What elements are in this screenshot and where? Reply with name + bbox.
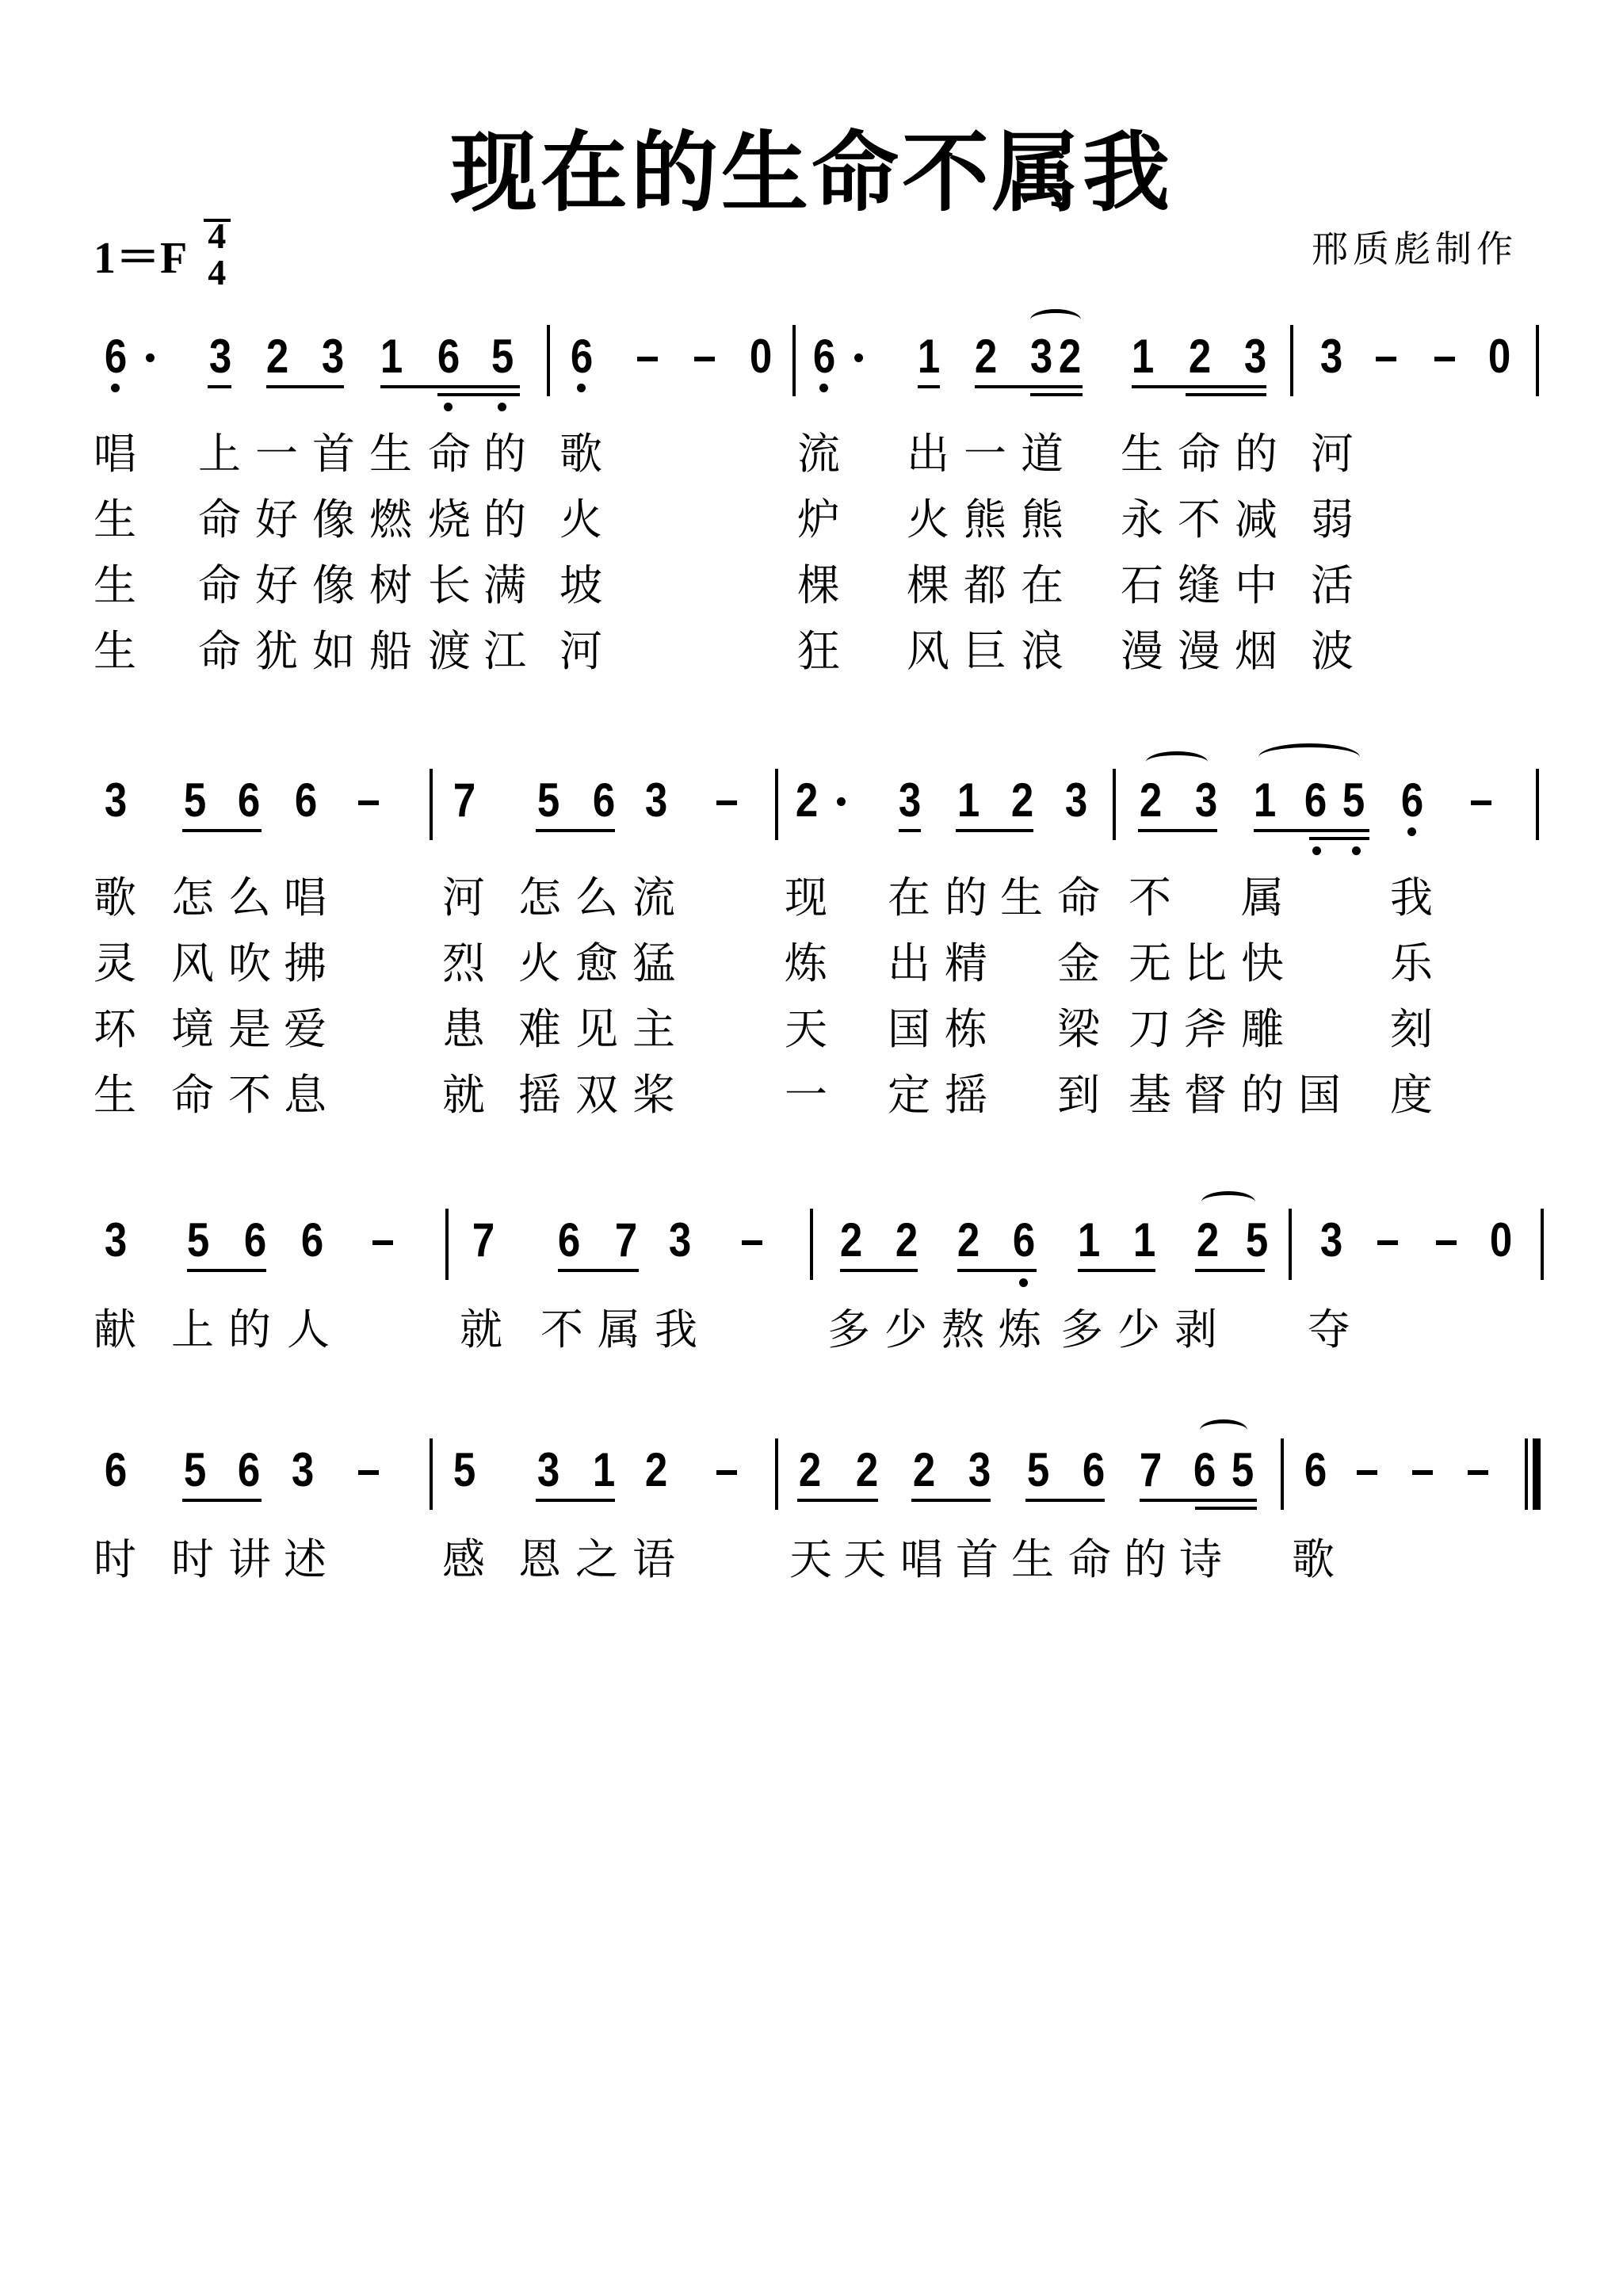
extension-dash <box>1436 1240 1457 1245</box>
note: 2 <box>955 1217 982 1264</box>
low-octave-dot <box>1407 827 1416 836</box>
system-4: 6 5 6 3 5 3 1 2 2 2 2 3 5 6 7 6 5 6 时时讲述… <box>0 1446 1623 1589</box>
underline <box>187 1269 266 1272</box>
augmentation-dot <box>837 797 846 806</box>
note: 6 <box>556 1217 582 1264</box>
note: 2 <box>1137 777 1164 824</box>
note: 6 <box>1302 1446 1329 1494</box>
note: 3 <box>102 777 129 824</box>
underline <box>797 1499 878 1502</box>
note: 0 <box>747 333 774 380</box>
note: 2 <box>972 333 999 380</box>
extension-dash <box>1376 357 1396 361</box>
underline <box>956 829 1033 832</box>
barline <box>1289 1209 1292 1280</box>
note: 6 <box>102 333 129 380</box>
underline <box>437 393 520 396</box>
barline <box>430 1438 433 1510</box>
note: 5 <box>181 777 208 824</box>
note: 1 <box>378 333 405 380</box>
underline <box>182 1499 262 1502</box>
note: 2 <box>854 1446 880 1494</box>
note: 5 <box>1243 1217 1270 1264</box>
lyric-verse-2: 生命好像燃烧的火炉火熊熊永不减弱 <box>0 486 1623 541</box>
note: 0 <box>1487 1217 1514 1264</box>
underline <box>957 1269 1037 1272</box>
extension-dash <box>1377 1240 1398 1245</box>
song-title: 现在的生命不属我 <box>0 103 1623 228</box>
note: 3 <box>1242 333 1269 380</box>
underline <box>1078 1269 1155 1272</box>
note: 3 <box>1318 1217 1345 1264</box>
barline <box>1541 1209 1544 1280</box>
note: 6 <box>102 1446 129 1494</box>
key-signature: 1＝F <box>94 223 187 286</box>
underline <box>266 385 344 388</box>
extension-dash <box>1357 1470 1377 1475</box>
barline <box>1536 769 1539 840</box>
lyric-verse-1: 歌怎么唱河怎么流现在的生命不属我 <box>0 864 1623 919</box>
note: 0 <box>1486 333 1513 380</box>
note: 1 <box>1131 1217 1158 1264</box>
augmentation-dot <box>854 353 863 362</box>
note: 6 <box>242 1217 269 1264</box>
barline <box>445 1209 449 1280</box>
extension-dash <box>372 1240 393 1245</box>
note: 7 <box>1137 1446 1164 1494</box>
note: 7 <box>613 1217 640 1264</box>
note: 5 <box>535 777 562 824</box>
underline <box>1195 1269 1265 1272</box>
note: 3 <box>1318 333 1345 380</box>
lyric-verse-3: 生命好像树长满坡棵棵都在石缝中活 <box>0 552 1623 607</box>
extension-dash <box>1471 800 1491 805</box>
note: 2 <box>1056 333 1083 380</box>
underline <box>918 385 940 388</box>
note: 7 <box>451 777 478 824</box>
note: 1 <box>1075 1217 1102 1264</box>
underline <box>840 1269 918 1272</box>
underline <box>536 1499 615 1502</box>
barline <box>792 325 796 396</box>
underline <box>1186 393 1266 396</box>
low-octave-dot <box>1352 846 1361 855</box>
underline <box>536 829 615 832</box>
lyric-verse-1: 唱上一首生命的歌流出一道生命的河 <box>0 420 1623 476</box>
note: 2 <box>893 1217 920 1264</box>
note: 5 <box>1229 1446 1256 1494</box>
note: 3 <box>1193 777 1220 824</box>
note: 1 <box>1129 333 1156 380</box>
underline <box>911 1499 991 1502</box>
underline <box>899 829 921 832</box>
extension-dash <box>716 1470 737 1475</box>
note: 3 <box>319 333 346 380</box>
system-1: 6 3 2 3 1 6 5 6 0 6 1 2 3 2 1 2 3 3 0 唱上… <box>0 333 1623 666</box>
underline <box>1030 393 1083 396</box>
note: 3 <box>643 777 670 824</box>
note: 5 <box>185 1217 212 1264</box>
note: 6 <box>299 1217 326 1264</box>
extension-dash <box>742 1240 762 1245</box>
low-octave-dot <box>577 384 586 392</box>
underline <box>380 385 520 388</box>
underline <box>1309 837 1369 840</box>
note: 6 <box>235 777 262 824</box>
note: 7 <box>470 1217 497 1264</box>
note: 1 <box>1251 777 1278 824</box>
underline <box>558 1269 639 1272</box>
extension-dash <box>1468 1470 1488 1475</box>
time-numerator: 4 <box>208 218 226 254</box>
note: 6 <box>1080 1446 1107 1494</box>
note: 6 <box>292 777 319 824</box>
lyric-verse-4: 生命不息就摇双桨一定摇到基督的国度 <box>0 1061 1623 1117</box>
note: 2 <box>1186 333 1213 380</box>
barline <box>1290 325 1293 396</box>
low-octave-dot <box>498 403 506 411</box>
note: 2 <box>643 1446 670 1494</box>
low-octave-dot <box>819 384 828 392</box>
note: 5 <box>1340 777 1367 824</box>
low-octave-dot <box>111 384 120 392</box>
slur <box>1200 1419 1247 1441</box>
note: 3 <box>207 333 234 380</box>
note: 2 <box>796 1446 823 1494</box>
final-barline-thin <box>1525 1438 1528 1510</box>
lyric-verse-4: 生命犹如船渡江河狂风巨浪漫漫烟波 <box>0 617 1623 673</box>
system-3: 3 5 6 6 7 6 7 3 2 2 2 6 1 1 2 5 3 0 献上的人… <box>0 1217 1623 1359</box>
note: 6 <box>1010 1217 1037 1264</box>
underline <box>1195 1507 1257 1510</box>
system-2: 3 5 6 6 7 5 6 3 2 3 1 2 3 2 3 1 6 5 6 歌怎… <box>0 777 1623 1110</box>
note: 3 <box>102 1217 129 1264</box>
extension-dash <box>358 1470 379 1475</box>
extension-dash <box>358 800 379 805</box>
key-time-signature: 1＝F 4 4 <box>94 218 226 291</box>
extension-dash <box>1412 1470 1433 1475</box>
time-signature: 4 4 <box>208 218 226 291</box>
extension-dash <box>716 800 737 805</box>
note: 5 <box>489 333 516 380</box>
lyric-verse-2: 灵风吹拂烈火愈猛炼出精金无比快乐 <box>0 930 1623 985</box>
barline <box>1536 325 1539 396</box>
slur <box>1258 743 1360 771</box>
barline <box>547 325 550 396</box>
underline <box>1025 1499 1105 1502</box>
note: 6 <box>1302 777 1329 824</box>
note: 2 <box>911 1446 938 1494</box>
lyric-line: 献上的人就不属我多少熬炼多少剥夺 <box>0 1296 1623 1351</box>
note: 5 <box>451 1446 478 1494</box>
barline <box>430 769 433 840</box>
note: 1 <box>590 1446 617 1494</box>
augmentation-dot <box>146 353 155 362</box>
note: 5 <box>1025 1446 1052 1494</box>
note: 3 <box>1063 777 1090 824</box>
note: 6 <box>568 333 595 380</box>
lyric-line: 时时讲述感恩之语天天唱首生命的诗歌 <box>0 1526 1623 1581</box>
note: 2 <box>793 777 820 824</box>
slur <box>1146 751 1208 773</box>
note: 3 <box>535 1446 562 1494</box>
note: 6 <box>590 777 617 824</box>
note: 6 <box>1191 1446 1218 1494</box>
note: 2 <box>264 333 291 380</box>
note: 2 <box>1009 777 1036 824</box>
underline <box>182 829 262 832</box>
underline <box>975 385 1083 388</box>
extension-dash <box>694 357 715 361</box>
time-denominator: 4 <box>208 254 226 291</box>
note: 3 <box>966 1446 993 1494</box>
barline <box>775 1438 778 1510</box>
barline <box>1113 769 1116 840</box>
barline <box>1281 1438 1284 1510</box>
slur <box>1201 1191 1255 1213</box>
note: 3 <box>896 777 923 824</box>
underline <box>1132 385 1266 388</box>
extension-dash <box>1434 357 1455 361</box>
note: 3 <box>1028 333 1055 380</box>
note: 6 <box>1399 777 1426 824</box>
final-barline-thick <box>1533 1438 1541 1510</box>
barline <box>810 1209 813 1280</box>
underline <box>1140 1499 1257 1502</box>
note: 6 <box>435 333 462 380</box>
note: 1 <box>955 777 982 824</box>
low-octave-dot <box>1312 846 1321 855</box>
underline <box>1254 829 1369 832</box>
note: 5 <box>181 1446 208 1494</box>
low-octave-dot <box>444 403 453 411</box>
underline <box>1138 829 1217 832</box>
low-octave-dot <box>1019 1278 1028 1287</box>
slur <box>1030 309 1081 330</box>
author-credit: 邢质彪制作 <box>1312 220 1518 273</box>
extension-dash <box>637 357 658 361</box>
note: 3 <box>666 1217 693 1264</box>
note: 6 <box>235 1446 262 1494</box>
underline <box>208 385 231 388</box>
note: 2 <box>1194 1217 1221 1264</box>
note: 2 <box>838 1217 865 1264</box>
barline <box>775 769 778 840</box>
note: 3 <box>289 1446 316 1494</box>
note: 6 <box>811 333 838 380</box>
lyric-verse-3: 环境是爱患难见主天国栋梁刀斧雕刻 <box>0 995 1623 1051</box>
note: 1 <box>915 333 942 380</box>
